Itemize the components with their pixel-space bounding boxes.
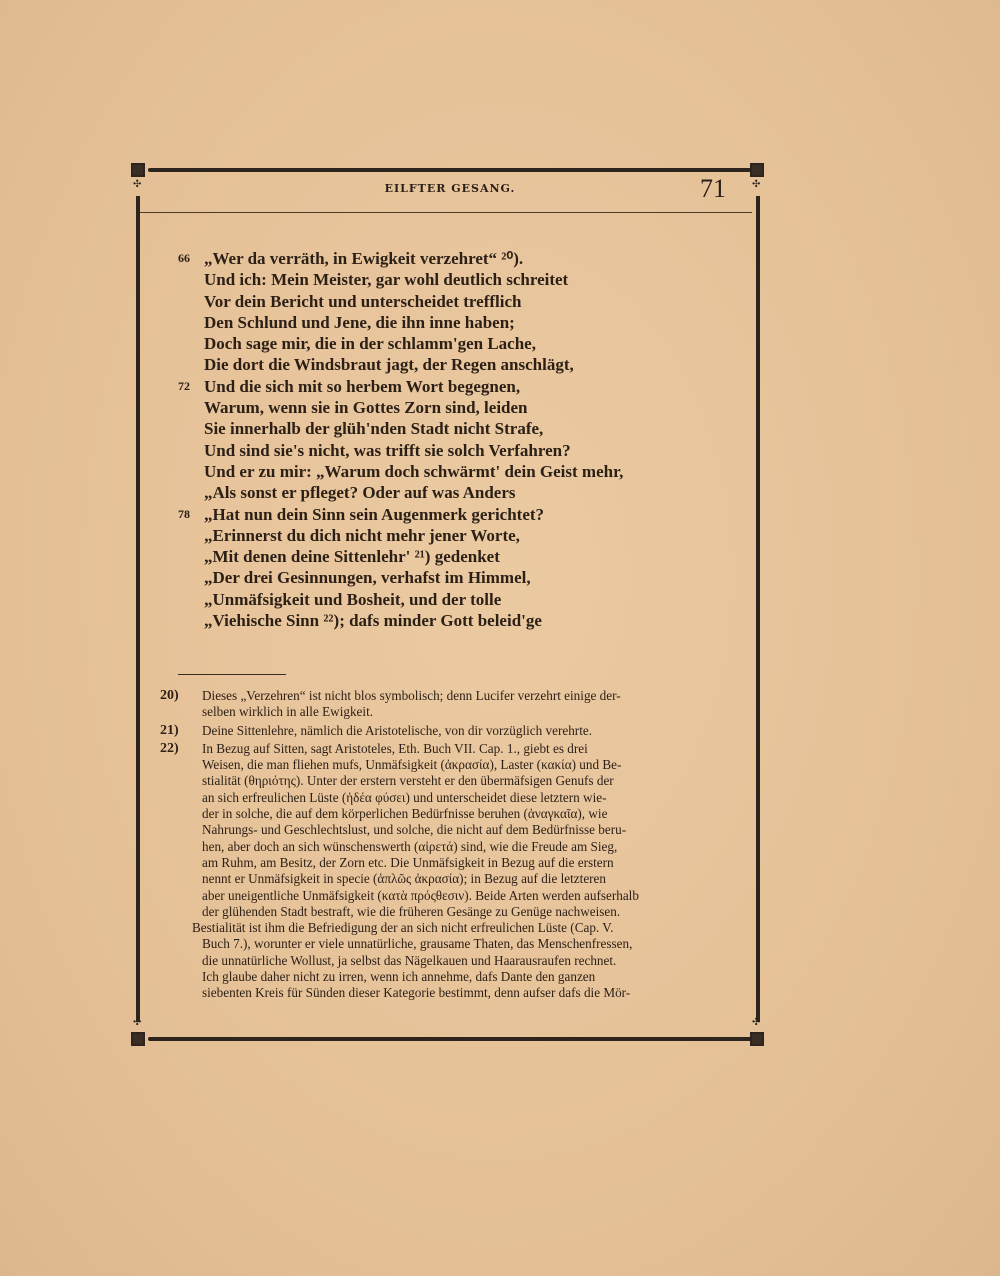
verse-text: „Der drei Gesinnungen, verhafst im Himme…	[204, 567, 531, 588]
verse-line: Die dort die Windsbraut jagt, der Regen …	[180, 354, 740, 375]
footnote-number: 21)	[160, 723, 179, 739]
footnote-line: Nahrungs- und Geschlechtslust, und solch…	[202, 822, 728, 838]
footnote: 22)In Bezug auf Sitten, sagt Aristoteles…	[160, 741, 728, 1002]
footnote-number: 20)	[160, 688, 179, 704]
verse-text: Und ich: Mein Meister, gar wohl deutlich…	[204, 269, 568, 290]
corner-ornament-icon	[131, 163, 145, 177]
verse-text: Sie innerhalb der glüh'nden Stadt nicht …	[204, 418, 543, 439]
footnote-line: Bestialität ist ihm die Befriedigung der…	[192, 920, 728, 936]
footnote-line: selben wirklich in alle Ewigkeit.	[202, 704, 728, 720]
page-number: 71	[700, 174, 726, 204]
footnote-line: am Ruhm, am Besitz, der Zorn etc. Die Un…	[202, 855, 728, 871]
ornament-icon: ✣	[752, 180, 760, 190]
footnote-body: In Bezug auf Sitten, sagt Aristoteles, E…	[202, 741, 728, 1002]
footnote-line: In Bezug auf Sitten, sagt Aristoteles, E…	[202, 741, 728, 757]
footnote-line: an sich erfreulichen Lüste (ἡδέα φύσει) …	[202, 790, 728, 806]
verse-line: „Der drei Gesinnungen, verhafst im Himme…	[180, 567, 740, 588]
verse-text: Vor dein Bericht und unterscheidet treff…	[204, 291, 521, 312]
header-rule	[140, 212, 752, 213]
footnote-line: Dieses „Verzehren“ ist nicht blos symbol…	[202, 688, 728, 704]
corner-ornament-icon	[750, 1032, 764, 1046]
footnote-line: Buch 7.), worunter er viele unnatürliche…	[202, 936, 728, 952]
frame-bottom-border	[148, 1037, 758, 1041]
footnote: 20)Dieses „Verzehren“ ist nicht blos sym…	[160, 688, 728, 721]
ornament-icon: ✣	[133, 1018, 141, 1028]
line-number: 78	[178, 504, 198, 525]
verse-text: „Erinnerst du dich nicht mehr jener Wort…	[204, 525, 520, 546]
verse-text: „Als sonst er pfleget? Oder auf was Ande…	[204, 482, 516, 503]
verse-line: „Unmäfsigkeit und Bosheit, und der tolle	[180, 589, 740, 610]
footnote-line: hen, aber doch an sich wünschenswerth (α…	[202, 839, 728, 855]
verse-text: Doch sage mir, die in der schlamm'gen La…	[204, 333, 536, 354]
ornament-icon: ✣	[133, 180, 141, 190]
verse-line: „Mit denen deine Sittenlehr' ²¹) gedenke…	[180, 546, 740, 567]
verse-line: 72Und die sich mit so herbem Wort begegn…	[180, 376, 740, 397]
footnote-line: nennt er Unmäfsigkeit in specie (ἁπλῶς ἀ…	[202, 871, 728, 887]
verse-line: Doch sage mir, die in der schlamm'gen La…	[180, 333, 740, 354]
footnote-body: Deine Sittenlehre, nämlich die Aristotel…	[202, 723, 728, 739]
footnotes: 20)Dieses „Verzehren“ ist nicht blos sym…	[160, 688, 728, 1004]
verse-text: Die dort die Windsbraut jagt, der Regen …	[204, 354, 574, 375]
footnote-number: 22)	[160, 741, 179, 757]
verse-text: „Viehische Sinn ²²); dafs minder Gott be…	[204, 610, 542, 631]
verse-text: Und er zu mir: „Warum doch schwärmt' dei…	[204, 461, 623, 482]
footnote-body: Dieses „Verzehren“ ist nicht blos symbol…	[202, 688, 728, 721]
verse-text: Den Schlund und Jene, die ihn inne haben…	[204, 312, 515, 333]
verse-text: Und die sich mit so herbem Wort begegnen…	[204, 376, 520, 397]
footnote-line: siebenten Kreis für Sünden dieser Katego…	[202, 985, 728, 1001]
verse-line: 78„Hat nun dein Sinn sein Augenmerk geri…	[180, 504, 740, 525]
verse-line: Sie innerhalb der glüh'nden Stadt nicht …	[180, 418, 740, 439]
frame-left-border	[136, 196, 140, 1022]
footnote-line: der glühenden Stadt bestraft, wie die fr…	[202, 904, 728, 920]
verse-line: Und ich: Mein Meister, gar wohl deutlich…	[180, 269, 740, 290]
footnote-line: Deine Sittenlehre, nämlich die Aristotel…	[202, 723, 728, 739]
verse-text: Warum, wenn sie in Gottes Zorn sind, lei…	[204, 397, 528, 418]
verse-text: „Mit denen deine Sittenlehr' ²¹) gedenke…	[204, 546, 500, 567]
verse-line: Vor dein Bericht und unterscheidet treff…	[180, 291, 740, 312]
verse-line: „Als sonst er pfleget? Oder auf was Ande…	[180, 482, 740, 503]
verse-line: Und sind sie's nicht, was trifft sie sol…	[180, 440, 740, 461]
verse-text: „Wer da verräth, in Ewigkeit verzehret“ …	[204, 248, 523, 269]
verse-line: „Erinnerst du dich nicht mehr jener Wort…	[180, 525, 740, 546]
footnote-rule	[178, 674, 286, 675]
verse-text: Und sind sie's nicht, was trifft sie sol…	[204, 440, 571, 461]
running-head: EILFTER GESANG.	[300, 182, 600, 195]
line-number: 72	[178, 376, 198, 397]
footnote: 21)Deine Sittenlehre, nämlich die Aristo…	[160, 723, 728, 739]
verse-line: „Viehische Sinn ²²); dafs minder Gott be…	[180, 610, 740, 631]
verse-text: „Unmäfsigkeit und Bosheit, und der tolle	[204, 589, 501, 610]
corner-ornament-icon	[750, 163, 764, 177]
frame-top-border	[148, 168, 758, 172]
footnote-line: Ich glaube daher nicht zu irren, wenn ic…	[202, 969, 728, 985]
verse-text: „Hat nun dein Sinn sein Augenmerk gerich…	[204, 504, 544, 525]
footnote-line: aber uneigentliche Unmäfsigkeit (κατὰ πρ…	[202, 888, 728, 904]
line-number: 66	[178, 248, 198, 269]
footnote-line: die unnatürliche Wollust, ja selbst das …	[202, 953, 728, 969]
corner-ornament-icon	[131, 1032, 145, 1046]
verse-line: Den Schlund und Jene, die ihn inne haben…	[180, 312, 740, 333]
footnote-line: stialität (θηριότης). Unter der erstern …	[202, 773, 728, 789]
verse-line: Und er zu mir: „Warum doch schwärmt' dei…	[180, 461, 740, 482]
verse-line: 66„Wer da verräth, in Ewigkeit verzehret…	[180, 248, 740, 269]
frame-right-border	[756, 196, 760, 1022]
footnote-line: Weisen, die man fliehen mufs, Unmäfsigke…	[202, 757, 728, 773]
verse-block: 66„Wer da verräth, in Ewigkeit verzehret…	[180, 248, 740, 631]
footnote-line: der in solche, die auf dem körperlichen …	[202, 806, 728, 822]
ornament-icon: ✣	[752, 1018, 760, 1028]
verse-line: Warum, wenn sie in Gottes Zorn sind, lei…	[180, 397, 740, 418]
